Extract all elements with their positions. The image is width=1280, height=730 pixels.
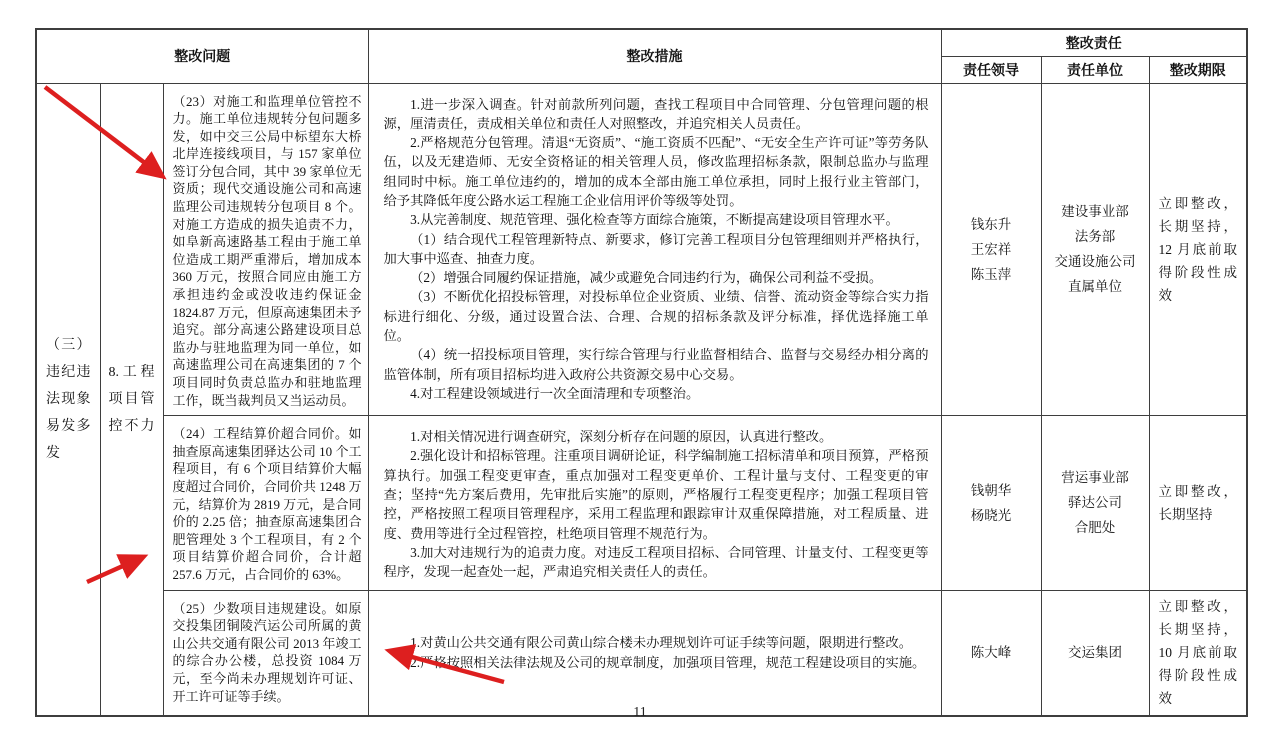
deadline-24: 立即整改，长期坚持	[1149, 416, 1247, 590]
measure-paragraph: （4）统一招投标项目管理，实行综合管理与行业监督相结合、监督与交易经办相分离的监…	[384, 345, 929, 384]
leader-name: 钱朝华	[944, 478, 1039, 503]
rectification-table: 整改问题 整改措施 整改责任 责任领导 责任单位 整改期限 （三）违纪违法现象易…	[35, 28, 1248, 717]
unit-name: 直属单位	[1044, 274, 1147, 299]
measures-25: 1.对黄山公共交通有限公司黄山综合楼未办理规划许可证手续等问题，限期进行整改。 …	[368, 590, 941, 716]
measure-paragraph: （3）不断优化招投标管理，对投标单位企业资质、业绩、信誉、流动资金等综合实力指标…	[384, 287, 929, 345]
category-cell: （三）违纪违法现象易发多发	[36, 83, 100, 716]
measure-paragraph: 2.强化设计和招标管理。注重项目调研论证，科学编制施工招标清单和项目预算，严格预…	[384, 446, 929, 542]
header-responsibility: 整改责任	[941, 29, 1247, 56]
leader-name: 钱东升	[944, 212, 1039, 237]
unit-name: 交运集团	[1044, 640, 1147, 665]
leader-name: 陈大峰	[944, 640, 1039, 665]
leaders-24: 钱朝华 杨晓光	[941, 416, 1041, 590]
header-deadline: 整改期限	[1149, 56, 1247, 83]
unit-name: 合肥处	[1044, 515, 1147, 540]
header-leader: 责任领导	[941, 56, 1041, 83]
header-problem: 整改问题	[36, 29, 368, 83]
measures-24: 1.对相关情况进行调查研究，深刻分析存在问题的原因，认真进行整改。 2.强化设计…	[368, 416, 941, 590]
leaders-25: 陈大峰	[941, 590, 1041, 716]
measure-paragraph: 1.对相关情况进行调查研究，深刻分析存在问题的原因，认真进行整改。	[384, 427, 929, 446]
deadline-23: 立即整改，长期坚持，12 月底前取得阶段性成效	[1149, 83, 1247, 416]
unit-name: 营运事业部	[1044, 465, 1147, 490]
measure-paragraph: 3.从完善制度、规范管理、强化检查等方面综合施策，不断提高建设项目管理水平。	[384, 210, 929, 229]
measure-paragraph: 4.对工程建设领域进行一次全面清理和专项整治。	[384, 384, 929, 403]
subcategory-cell: 8.工程项目管控不力	[100, 83, 163, 716]
units-23: 建设事业部 法务部 交通设施公司 直属单位	[1041, 83, 1149, 416]
leader-name: 杨晓光	[944, 503, 1039, 528]
problem-25: （25）少数项目违规建设。如原交投集团铜陵汽运公司所属的黄山公共交通有限公司 2…	[163, 590, 368, 716]
measure-paragraph: 2.严格按照相关法律法规及公司的规章制度，加强项目管理，规范工程建设项目的实施。	[384, 653, 929, 672]
leader-name: 王宏祥	[944, 237, 1039, 262]
problem-23: （23）对施工和监理单位管控不力。施工单位违规转分包问题多发，如中交三公局中标望…	[163, 83, 368, 416]
measures-23: 1.进一步深入调查。针对前款所列问题，查找工程项目中合同管理、分包管理问题的根源…	[368, 83, 941, 416]
units-24: 营运事业部 驿达公司 合肥处	[1041, 416, 1149, 590]
leaders-23: 钱东升 王宏祥 陈玉萍	[941, 83, 1041, 416]
measure-paragraph: （2）增强合同履约保证措施，减少或避免合同违约行为，确保公司利益不受损。	[384, 268, 929, 287]
leader-name: 陈玉萍	[944, 262, 1039, 287]
measure-paragraph: 2.严格规范分包管理。清退“无资质”、“施工资质不匹配”、“无安全生产许可证”等…	[384, 133, 929, 210]
measure-paragraph: （1）结合现代工程管理新特点、新要求，修订完善工程项目分包管理细则并严格执行，加…	[384, 230, 929, 269]
header-measures: 整改措施	[368, 29, 941, 83]
deadline-25: 立即整改，长期坚持，10 月底前取得阶段性成效	[1149, 590, 1247, 716]
header-unit: 责任单位	[1041, 56, 1149, 83]
unit-name: 驿达公司	[1044, 490, 1147, 515]
measure-paragraph: 3.加大对违规行为的追责力度。对违反工程项目招标、合同管理、计量支付、工程变更等…	[384, 543, 929, 582]
unit-name: 建设事业部	[1044, 199, 1147, 224]
measure-paragraph: 1.进一步深入调查。针对前款所列问题，查找工程项目中合同管理、分包管理问题的根源…	[384, 95, 929, 134]
unit-name: 法务部	[1044, 224, 1147, 249]
unit-name: 交通设施公司	[1044, 249, 1147, 274]
page-number: 11	[0, 705, 1280, 721]
problem-24: （24）工程结算价超合同价。如抽查原高速集团驿达公司 10 个工程项目，有 6 …	[163, 416, 368, 590]
units-25: 交运集团	[1041, 590, 1149, 716]
measure-paragraph: 1.对黄山公共交通有限公司黄山综合楼未办理规划许可证手续等问题，限期进行整改。	[384, 633, 929, 652]
